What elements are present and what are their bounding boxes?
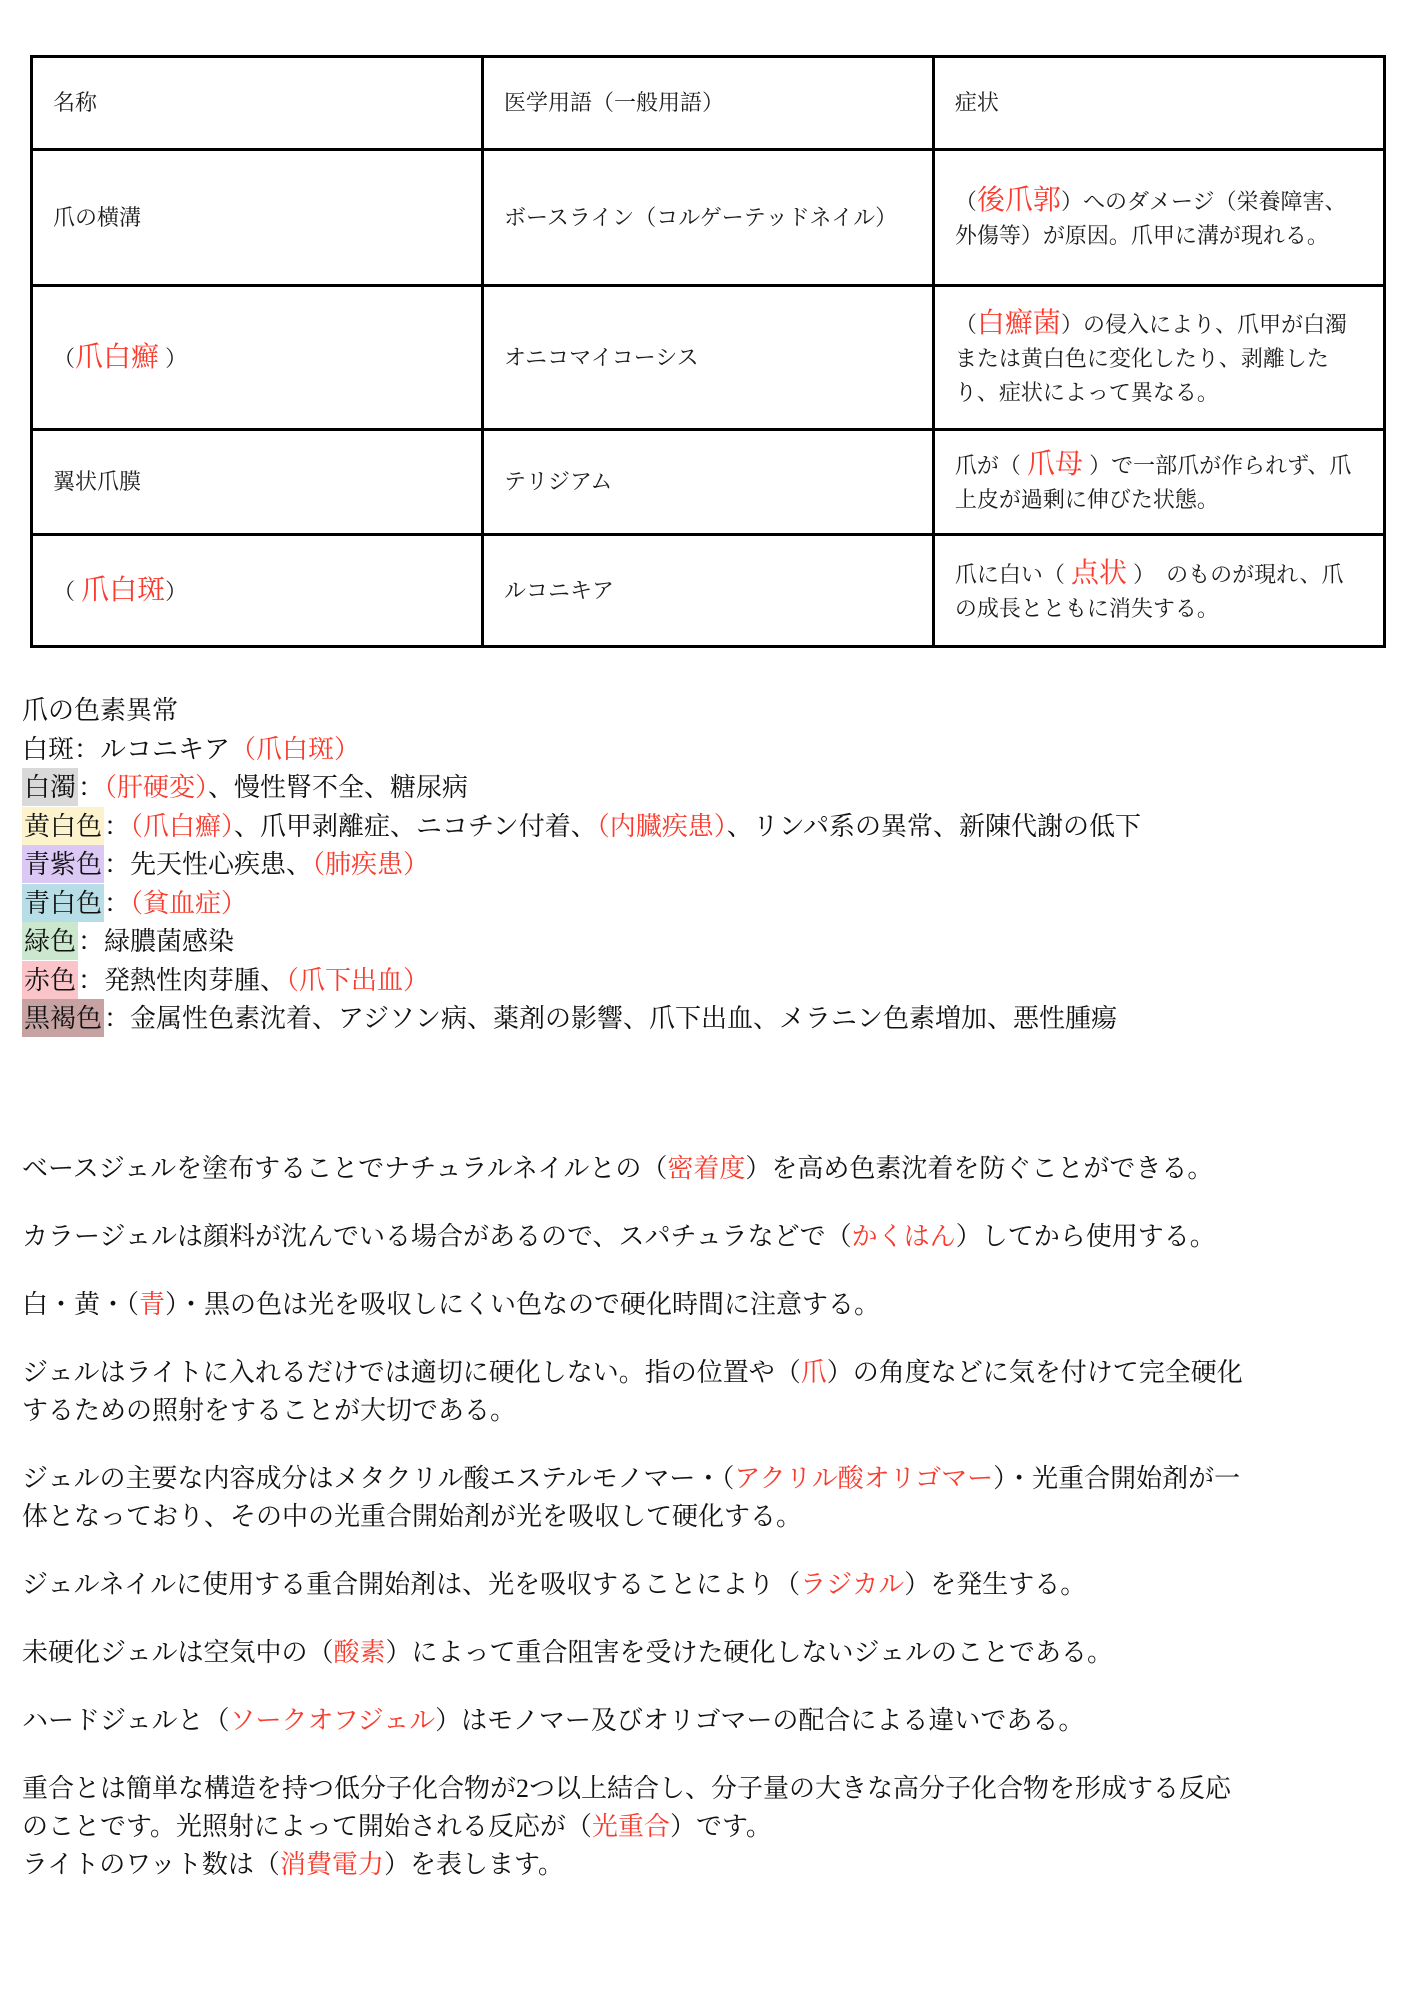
pigment-line-white-spot: 白斑：ルコニキア（爪白斑）: [22, 731, 1392, 770]
note-paragraph: 未硬化ジェルは空気中の（酸素）によって重合阻害を受けた硬化しないジェルのことであ…: [22, 1634, 1252, 1672]
highlighted-label: 赤色: [22, 961, 78, 999]
text-segment: ：発熱性肉芽腫、: [78, 966, 286, 995]
emphasis-red-text: 光重合: [592, 1812, 670, 1841]
cell-term: ボースライン（コルゲーテッドネイル）: [482, 150, 933, 286]
note-paragraph: カラージェルは顔料が沈んでいる場合があるので、スパチュラなどで（かくはん）してか…: [22, 1218, 1252, 1256]
emphasis-red-text: 酸素: [333, 1638, 385, 1667]
text-segment: テリジアム: [504, 469, 612, 494]
text-segment: ：金属性色素沈着、アジソン病、薬剤の影響、爪下出血、メラニン色素増加、悪性腫瘍: [104, 1004, 1117, 1033]
emphasis-red-text: 密着度: [667, 1154, 745, 1183]
emphasis-red-text: 爪白斑: [81, 574, 165, 605]
study-notes-page: 名称 医学用語（一般用語） 症状 爪の横溝 ボースライン（コルゲーテッドネイル）…: [0, 0, 1414, 2000]
emphasis-red-text: 点状: [1071, 557, 1127, 588]
text-segment: ライトのワット数は（: [22, 1850, 280, 1879]
emphasis-red-text: 後爪郭: [977, 184, 1061, 215]
nail-disorder-table: 名称 医学用語（一般用語） 症状 爪の横溝 ボースライン（コルゲーテッドネイル）…: [30, 55, 1386, 648]
text-segment: カラージェルは顔料が沈んでいる場合があるので、スパチュラなどで（: [22, 1222, 852, 1251]
cell-term: ルコニキア: [482, 535, 933, 647]
text-segment: 、爪甲剥離症、ニコチン付着、: [234, 812, 597, 841]
emphasis-red-text: （爪下出血）: [286, 966, 429, 995]
text-segment: （: [955, 312, 977, 337]
highlighted-label: 青白色: [22, 884, 104, 922]
emphasis-red-text: 消費電力: [280, 1850, 384, 1879]
table-row: 爪の横溝 ボースライン（コルゲーテッドネイル） （後爪郭）へのダメージ（栄養障害…: [32, 150, 1385, 286]
emphasis-red-text: かくはん: [852, 1222, 956, 1251]
col-header-symptom: 症状: [933, 57, 1384, 150]
text-segment: ルコニキア: [504, 578, 614, 603]
emphasis-red-text: （爪白癬）: [130, 812, 234, 841]
text-segment: ）: [165, 579, 187, 604]
text-segment: ：: [78, 773, 104, 802]
text-segment: ：: [104, 889, 130, 918]
cell-name: 爪の横溝: [32, 150, 483, 286]
cell-symptom: 爪に白い（ 点状 ） のものが現れ、爪の成長とともに消失する。: [933, 535, 1384, 647]
text-segment: 、リンパ系の異常、新陳代謝の低下: [727, 812, 1141, 841]
highlighted-label: 黄白色: [22, 807, 104, 845]
emphasis-red-text: （貧血症）: [130, 889, 247, 918]
pigment-line-yellow-white: 黄白色：（爪白癬）、爪甲剥離症、ニコチン付着、（内臓疾患）、リンパ系の異常、新陳…: [22, 808, 1392, 847]
note-paragraph: ジェルの主要な内容成分はメタクリル酸エステルモノマー・（アクリル酸オリゴマー）・…: [22, 1460, 1252, 1536]
text-segment: ）を発生する。: [904, 1570, 1086, 1599]
text-segment: 未硬化ジェルは空気中の（: [22, 1638, 333, 1667]
gel-nail-notes-section: ベースジェルを塗布することでナチュラルネイルとの（密着度）を高め色素沈着を防ぐこ…: [22, 1150, 1252, 1914]
text-segment: ：緑膿菌感染: [78, 927, 234, 956]
text-segment: 翼状爪膜: [53, 469, 141, 494]
emphasis-red-text: 爪白癬: [75, 341, 159, 372]
table-row: （ 爪白斑） ルコニキア 爪に白い（ 点状 ） のものが現れ、爪の成長とともに消…: [32, 535, 1385, 647]
note-paragraph: ジェルネイルに使用する重合開始剤は、光を吸収することにより（ラジカル）を発生する…: [22, 1566, 1252, 1604]
pigment-line-red: 赤色：発熱性肉芽腫、（爪下出血）: [22, 962, 1392, 1001]
note-paragraph: ベースジェルを塗布することでナチュラルネイルとの（密着度）を高め色素沈着を防ぐこ…: [22, 1150, 1252, 1188]
table-row: （爪白癬 ） オニコマイコーシス （白癬菌）の侵入により、爪甲が白濁または黄白色…: [32, 286, 1385, 430]
pigment-line-black-brown: 黒褐色：金属性色素沈着、アジソン病、薬剤の影響、爪下出血、メラニン色素増加、悪性…: [22, 1000, 1392, 1039]
table-header-row: 名称 医学用語（一般用語） 症状: [32, 57, 1385, 150]
emphasis-red-text: （爪白斑）: [230, 735, 360, 764]
text-segment: ジェルネイルに使用する重合開始剤は、光を吸収することにより（: [22, 1570, 800, 1599]
cell-symptom: 爪が（ 爪母 ）で一部爪が作られず、爪上皮が過剰に伸びた状態。: [933, 430, 1384, 535]
note-paragraph: 重合とは簡単な構造を持つ低分子化合物が2つ以上結合し、分子量の大きな高分子化合物…: [22, 1770, 1252, 1846]
emphasis-red-text: 白癬菌: [977, 307, 1061, 338]
text-segment: ）を表します。: [384, 1850, 564, 1879]
cell-term: オニコマイコーシス: [482, 286, 933, 430]
highlighted-label: 白濁: [22, 768, 78, 806]
table-row: 翼状爪膜 テリジアム 爪が（ 爪母 ）で一部爪が作られず、爪上皮が過剰に伸びた状…: [32, 430, 1385, 535]
text-segment: ）してから使用する。: [956, 1222, 1216, 1251]
emphasis-red-text: ラジカル: [800, 1570, 904, 1599]
text-segment: ）: [159, 346, 187, 371]
highlighted-label: 黒褐色: [22, 999, 104, 1037]
emphasis-red-text: アクリル酸オリゴマー: [734, 1464, 993, 1493]
col-header-medical-term: 医学用語（一般用語）: [482, 57, 933, 150]
note-paragraph: ハードジェルと（ソークオフジェル）はモノマー及びオリゴマーの配合による違いである…: [22, 1702, 1252, 1740]
cell-term: テリジアム: [482, 430, 933, 535]
text-segment: 爪の横溝: [53, 205, 141, 230]
text-segment: ハードジェルと（: [22, 1706, 229, 1735]
pigment-line-cloudy-white: 白濁：（肝硬変）、慢性腎不全、糖尿病: [22, 769, 1392, 808]
nail-disorder-table-wrap: 名称 医学用語（一般用語） 症状 爪の横溝 ボースライン（コルゲーテッドネイル）…: [30, 55, 1386, 648]
text-segment: ボースライン（コルゲーテッドネイル）: [504, 205, 897, 230]
text-segment: ）によって重合阻害を受けた硬化しないジェルのことである。: [386, 1638, 1113, 1667]
text-segment: ）を高め色素沈着を防ぐことができる。: [745, 1154, 1213, 1183]
text-segment: ：: [104, 812, 130, 841]
emphasis-red-text: 爪母: [1027, 448, 1083, 479]
pigment-line-blue-white: 青白色：（貧血症）: [22, 885, 1392, 924]
pigment-abnormality-section: 爪の色素異常 白斑：ルコニキア（爪白斑） 白濁：（肝硬変）、慢性腎不全、糖尿病 …: [22, 692, 1392, 1039]
note-paragraph: 白・黄・（青）・黒の色は光を吸収しにくい色なので硬化時間に注意する。: [22, 1286, 1252, 1324]
section-title: 爪の色素異常: [22, 692, 1392, 731]
highlighted-label: 緑色: [22, 922, 78, 960]
note-paragraph: ジェルはライトに入れるだけでは適切に硬化しない。指の位置や（爪）の角度などに気を…: [22, 1354, 1252, 1430]
text-segment: ）です。: [670, 1812, 772, 1841]
text-segment: （: [53, 579, 81, 604]
cell-symptom: （白癬菌）の侵入により、爪甲が白濁または黄白色に変化したり、剥離したり、症状によ…: [933, 286, 1384, 430]
note-paragraph: ライトのワット数は（消費電力）を表します。: [22, 1846, 1252, 1884]
cell-symptom: （後爪郭）へのダメージ（栄養障害、外傷等）が原因。爪甲に溝が現れる。: [933, 150, 1384, 286]
emphasis-red-text: 爪: [801, 1358, 827, 1387]
text-segment: （: [955, 189, 977, 214]
text-segment: 爪に白い（: [955, 562, 1071, 587]
text-segment: 、慢性腎不全、糖尿病: [208, 773, 468, 802]
text-segment: オニコマイコーシス: [504, 345, 699, 370]
emphasis-red-text: （肺疾患）: [312, 850, 429, 879]
text-segment: 白斑：ルコニキア: [22, 735, 230, 764]
text-segment: ベースジェルを塗布することでナチュラルネイルとの（: [22, 1154, 667, 1183]
cell-name: 翼状爪膜: [32, 430, 483, 535]
col-header-name: 名称: [32, 57, 483, 150]
text-segment: ）はモノマー及びオリゴマーの配合による違いである。: [435, 1706, 1084, 1735]
text-segment: ジェルの主要な内容成分はメタクリル酸エステルモノマー・（: [22, 1464, 734, 1493]
text-segment: ）・黒の色は光を吸収しにくい色なので硬化時間に注意する。: [165, 1290, 880, 1319]
highlighted-label: 青紫色: [22, 845, 104, 883]
cell-name: （爪白癬 ）: [32, 286, 483, 430]
pigment-line-blue-purple: 青紫色：先天性心疾患、（肺疾患）: [22, 846, 1392, 885]
emphasis-red-text: ソークオフジェル: [229, 1706, 435, 1735]
text-segment: ジェルはライトに入れるだけでは適切に硬化しない。指の位置や（: [22, 1358, 801, 1387]
text-segment: （: [53, 346, 75, 371]
text-segment: 爪が（: [955, 453, 1027, 478]
emphasis-red-text: （内臓疾患）: [597, 812, 727, 841]
text-segment: 白・黄・（: [22, 1290, 139, 1319]
emphasis-red-text: （肝硬変）: [104, 773, 208, 802]
cell-name: （ 爪白斑）: [32, 535, 483, 647]
pigment-line-green: 緑色：緑膿菌感染: [22, 923, 1392, 962]
text-segment: ：先天性心疾患、: [104, 850, 312, 879]
emphasis-red-text: 青: [139, 1290, 165, 1319]
